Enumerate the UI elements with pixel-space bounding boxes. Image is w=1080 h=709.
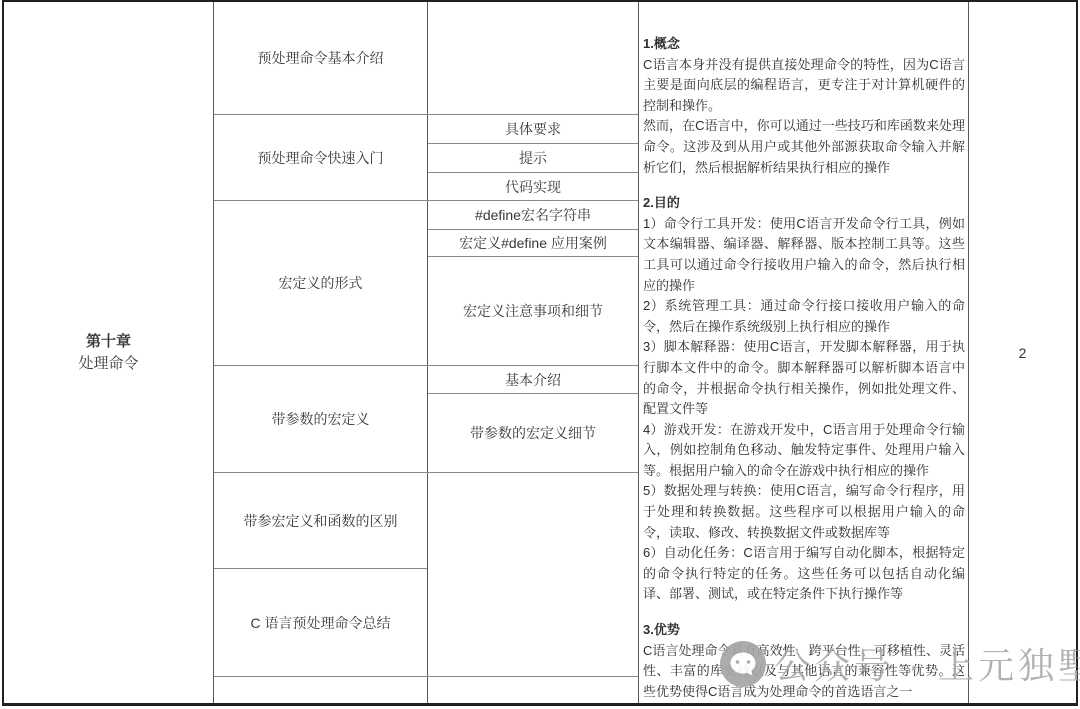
notes-paragraph: 6）自动化任务：C语言用于编写自动化脚本，根据特定的命令执行特定的任务。这些任务… [643, 543, 965, 605]
topic-cell: 具体要求 [428, 115, 638, 143]
topic-cell: 带参数的宏定义细节 [428, 394, 638, 472]
notes-paragraph: 1）命令行工具开发：使用C语言开发命令行工具，例如文本编辑器、编译器、解释器、版… [643, 214, 965, 296]
outline-cell: 宏定义的形式 [214, 201, 427, 365]
outline-cell: 预处理命令基本介绍 [214, 2, 427, 114]
document-page: 第十章 处理命令 预处理命令基本介绍 预处理命令快速入门 宏定义的形式 带参数的… [0, 0, 1080, 709]
table-border-bottom [2, 703, 1078, 706]
grid-hline [214, 676, 638, 677]
chapter-subtitle: 处理命令 [78, 353, 138, 375]
notes-heading: 2.目的 [643, 193, 965, 214]
outline-cell: 预处理命令快速入门 [214, 115, 427, 200]
notes-paragraph: 4）游戏开发：在游戏开发中，C语言用于处理命令行输入，例如控制角色移动、触发特定… [643, 420, 965, 482]
chapter-title: 第十章 [86, 331, 131, 353]
outline-cell: C 语言预处理命令总结 [214, 569, 427, 676]
topic-cell: 宏定义注意事项和细节 [428, 257, 638, 365]
notes-paragraph: 2）系统管理工具：通过命令行接口接收用户输入的命令，然后在操作系统级别上执行相应… [643, 296, 965, 337]
notes-paragraph: 3）脚本解释器：使用C语言，开发脚本解释器，用于执行脚本文件中的命令。脚本解释器… [643, 337, 965, 419]
notes-paragraph: 然而，在C语言中，你可以通过一些技巧和库函数来处理命令。这涉及到从用户或其他外部… [643, 116, 965, 178]
page-number: 2 [969, 2, 1076, 703]
notes-heading: 1.概念 [643, 34, 965, 55]
notes-paragraph: C语言本身并没有提供直接处理命令的特性，因为C语言主要是面向底层的编程语言，更专… [643, 55, 965, 117]
topic-cell: 代码实现 [428, 173, 638, 200]
topic-cell: 基本介绍 [428, 366, 638, 393]
watermark: 公众号 · 上元独墅湖 [720, 638, 1080, 689]
topic-cell: 宏定义#define 应用案例 [428, 230, 638, 256]
chapter-cell: 第十章 处理命令 [4, 2, 213, 703]
table-border-right [1076, 0, 1078, 706]
notes-paragraph: 5）数据处理与转换：使用C语言，编写命令行程序，用于处理和转换数据。这些程序可以… [643, 481, 965, 543]
outline-cell: 带参数的宏定义 [214, 366, 427, 472]
wechat-public-account-icon [720, 641, 766, 687]
outline-cell: 带参宏定义和函数的区别 [214, 473, 427, 568]
notes-cell: 1.概念 C语言本身并没有提供直接处理命令的特性，因为C语言主要是面向底层的编程… [643, 34, 965, 694]
watermark-text: 公众号 · 上元独墅湖 [774, 638, 1080, 689]
topic-cell: 提示 [428, 144, 638, 172]
grid-vline-col3 [638, 2, 639, 703]
topic-cell: #define宏名字符串 [428, 201, 638, 229]
